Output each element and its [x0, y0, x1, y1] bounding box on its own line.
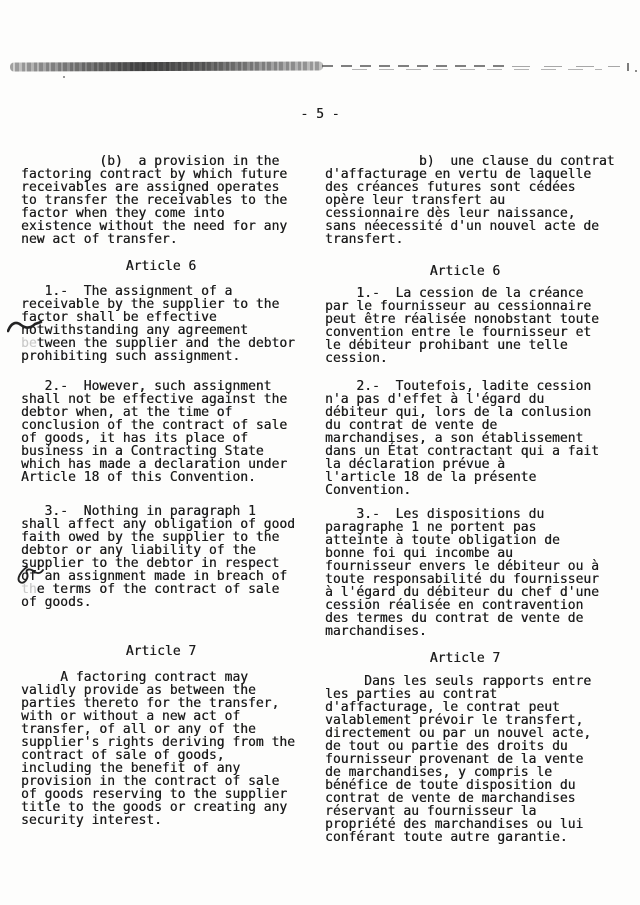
article-7-heading-fr: Article 7	[325, 652, 605, 665]
scan-dashed-line	[322, 65, 507, 67]
scan-speck	[63, 76, 65, 78]
paragraph-3-en-text: 3.- Nothing in paragraph 1 shall affect …	[21, 504, 295, 584]
scan-speck	[635, 70, 637, 72]
scanned-document-page: - 5 - (b) a provision in the factoring c…	[0, 0, 640, 905]
article-6-heading-fr: Article 6	[325, 265, 605, 278]
paragraph-3-fr: 3.- Les dispositions du paragraphe 1 ne …	[325, 508, 605, 638]
scan-tick-mark	[627, 63, 629, 71]
paragraph-1-fr: 1.- La cession de la créance par le four…	[325, 287, 605, 365]
paragraph-4-fr: Dans les seuls rapports entre les partie…	[325, 675, 605, 844]
paragraph-1-en: 1.- The assignment of a receivable by th…	[21, 285, 301, 363]
scan-smudge-band	[10, 61, 323, 71]
scan-dashed-line	[352, 69, 602, 70]
column-english: (b) a provision in the factoring contrac…	[21, 155, 301, 827]
column-french: b) une clause du contrat d'affacturage e…	[325, 155, 605, 844]
faded-text-fragment: th	[21, 582, 37, 597]
paragraph-b-fr: b) une clause du contrat d'affacturage e…	[325, 155, 605, 246]
paragraph-3-en: 3.- Nothing in paragraph 1 shall affect …	[21, 505, 301, 609]
article-7-heading-en: Article 7	[21, 645, 301, 658]
paragraph-2-en: 2.- However, such assignment shall not b…	[21, 380, 301, 484]
faded-text-fragment: be	[21, 336, 37, 351]
paragraph-4-en: A factoring contract may validly provide…	[21, 671, 301, 827]
paragraph-b-en: (b) a provision in the factoring contrac…	[21, 155, 301, 246]
page-number: - 5 -	[0, 108, 640, 121]
paragraph-3-en-text: e terms of the contract of sale of goods…	[21, 582, 279, 610]
article-6-heading-en: Article 6	[21, 260, 301, 273]
paragraph-1-en-text: tween the supplier and the debtor prohib…	[21, 336, 295, 364]
paragraph-2-fr: 2.- Toutefois, ladite cession n'a pas d'…	[325, 380, 605, 497]
scan-dashed-line	[512, 66, 620, 67]
paragraph-1-en-text: 1.- The assignment of a receivable by th…	[21, 284, 279, 338]
